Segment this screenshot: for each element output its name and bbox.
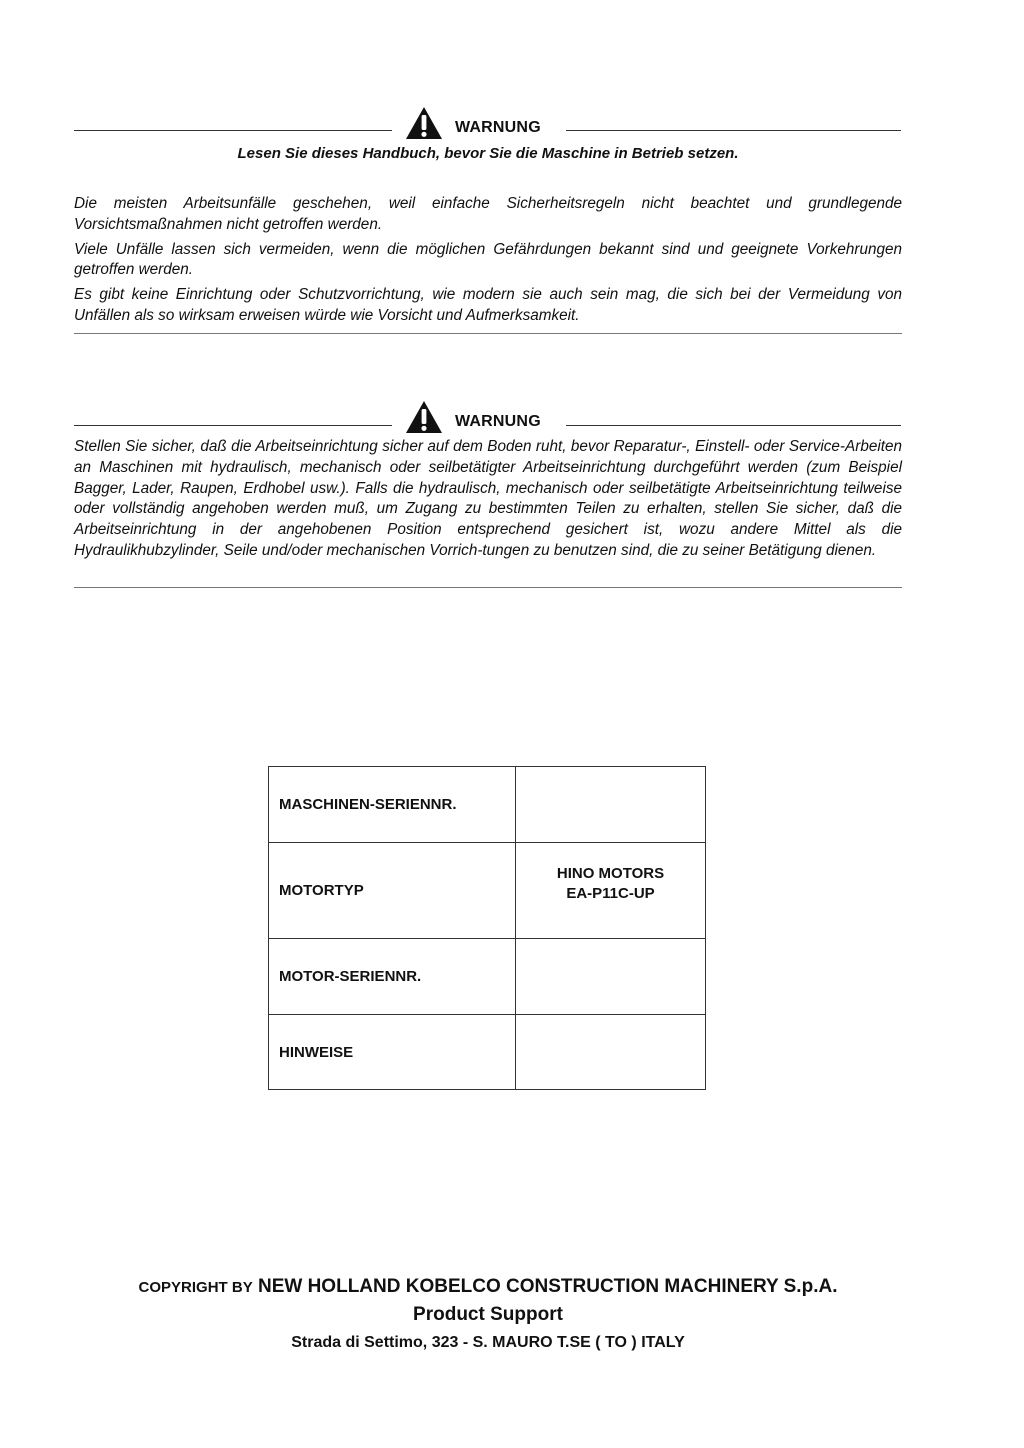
notes-label: HINWEISE xyxy=(269,1015,516,1090)
engine-type-value-line2: EA-P11C-UP xyxy=(526,884,695,904)
department: Product Support xyxy=(0,1304,976,1326)
warning1-body: Die meisten Arbeitsunfälle geschehen, we… xyxy=(74,194,902,331)
warning2-rule-left xyxy=(74,425,392,426)
warning1-paragraph: Viele Unfälle lassen sich vermeiden, wen… xyxy=(74,240,902,282)
address: Strada di Settimo, 323 - S. MAURO T.SE (… xyxy=(0,1334,976,1352)
table-row: MOTORTYP HINO MOTORS EA-P11C-UP xyxy=(269,843,706,939)
engine-serial-value xyxy=(516,939,706,1015)
warning1-subtitle: Lesen Sie dieses Handbuch, bevor Sie die… xyxy=(0,145,976,162)
warning-triangle-icon xyxy=(405,106,443,140)
warning2-paragraph: Stellen Sie sicher, daß die Arbeitseinri… xyxy=(74,437,902,562)
table-row: HINWEISE xyxy=(269,1015,706,1090)
warning1-paragraph: Es gibt keine Einrichtung oder Schutzvor… xyxy=(74,285,902,327)
machine-serial-label: MASCHINEN-SERIENNR. xyxy=(269,767,516,843)
notes-value xyxy=(516,1015,706,1090)
warning-triangle-icon xyxy=(405,400,443,434)
table-row: MASCHINEN-SERIENNR. xyxy=(269,767,706,843)
warning1-header: WARNUNG xyxy=(405,106,541,140)
engine-type-value-line1: HINO MOTORS xyxy=(526,864,695,884)
warning2-header: WARNUNG xyxy=(405,400,541,434)
warning1-label: WARNUNG xyxy=(455,119,541,137)
machine-serial-value xyxy=(516,767,706,843)
warning1-rule-left xyxy=(74,130,392,131)
warning2-rule-right xyxy=(566,425,901,426)
engine-type-value: HINO MOTORS EA-P11C-UP xyxy=(516,843,706,939)
warning1-paragraph: Die meisten Arbeitsunfälle geschehen, we… xyxy=(74,194,902,236)
table-row: MOTOR-SERIENNR. xyxy=(269,939,706,1015)
engine-serial-label: MOTOR-SERIENNR. xyxy=(269,939,516,1015)
engine-type-label: MOTORTYP xyxy=(269,843,516,939)
warning2-body: Stellen Sie sicher, daß die Arbeitseinri… xyxy=(74,437,902,566)
warning2-label: WARNUNG xyxy=(455,413,541,431)
warning1-rule-bottom xyxy=(74,333,902,334)
warning1-rule-right xyxy=(566,130,901,131)
company-name: NEW HOLLAND KOBELCO CONSTRUCTION MACHINE… xyxy=(258,1276,838,1297)
copyright-prefix: COPYRIGHT BY xyxy=(139,1279,253,1296)
machine-info-table: MASCHINEN-SERIENNR. MOTORTYP HINO MOTORS… xyxy=(268,766,706,1090)
copyright-line: COPYRIGHT BY NEW HOLLAND KOBELCO CONSTRU… xyxy=(0,1276,976,1298)
warning2-rule-bottom xyxy=(74,587,902,588)
